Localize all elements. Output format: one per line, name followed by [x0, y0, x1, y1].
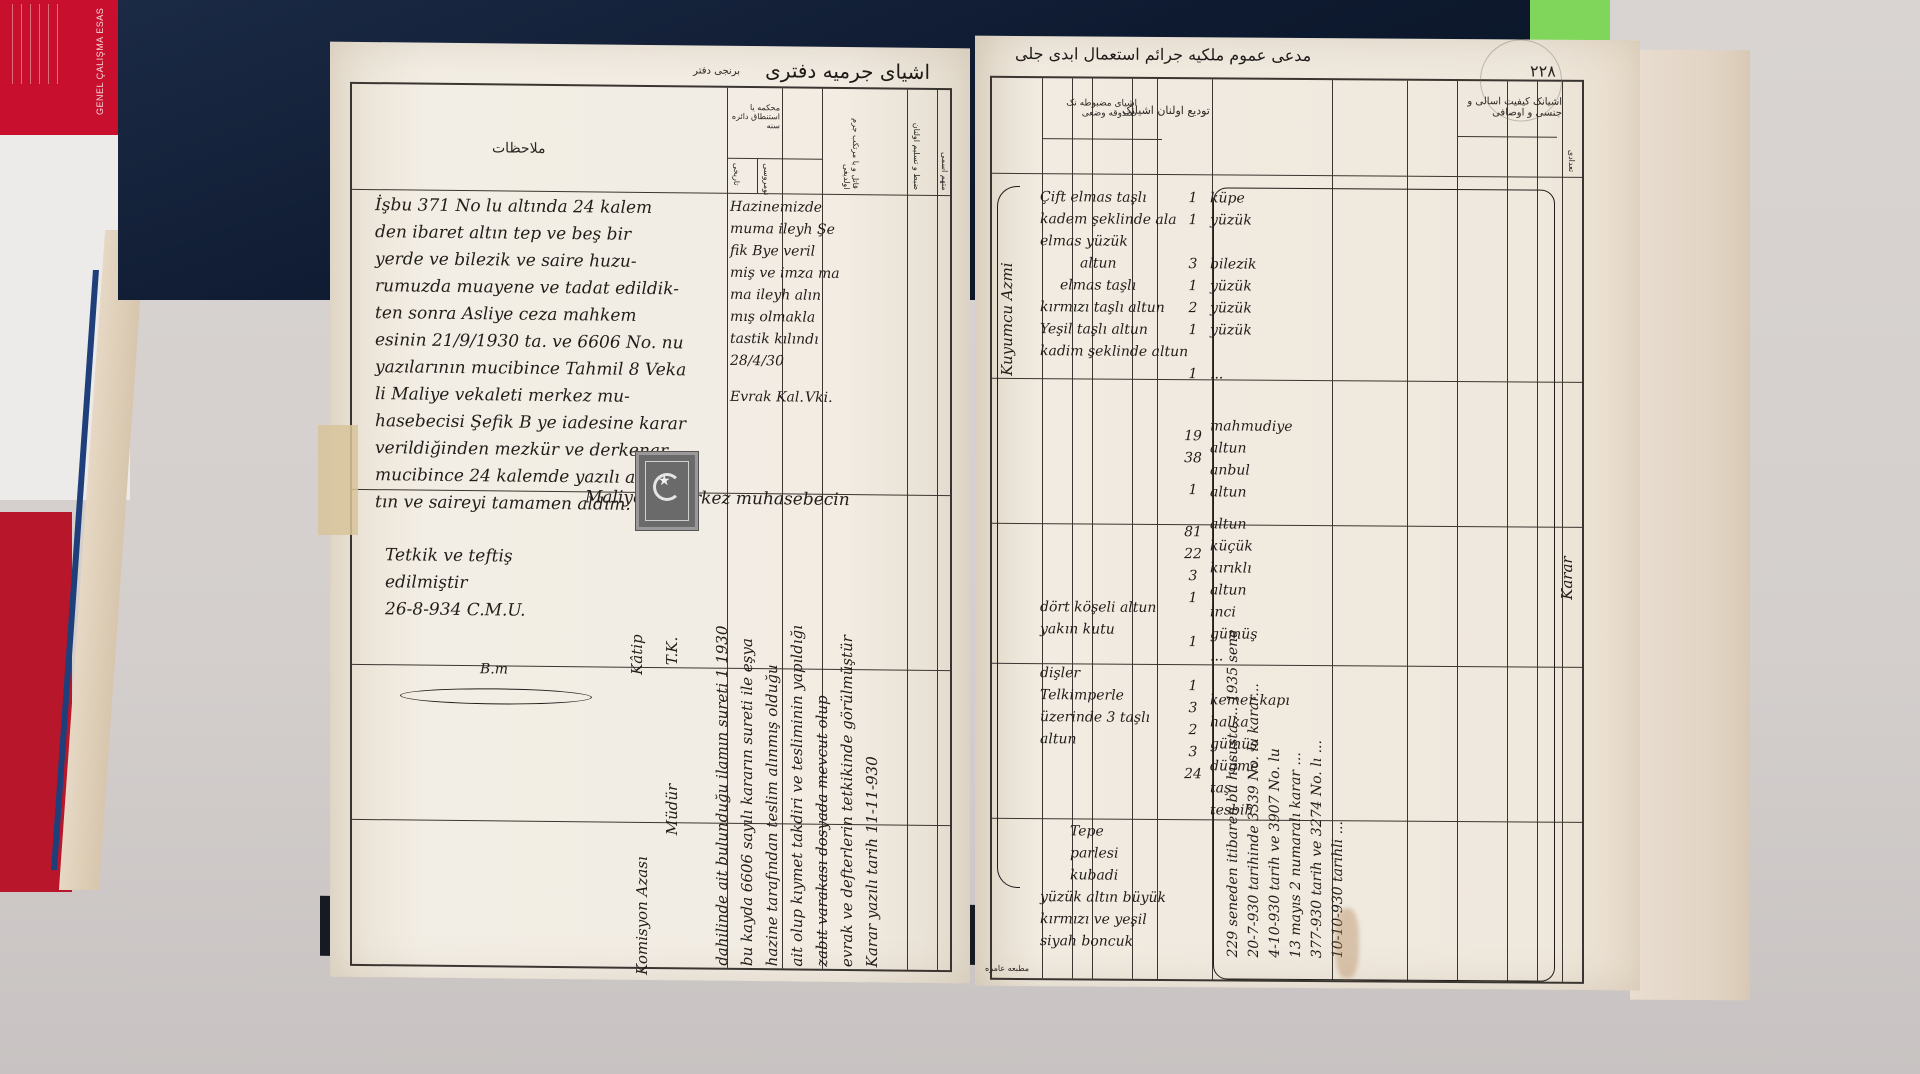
deposited-header: تودیع اولنان اشیانک — [1122, 104, 1210, 118]
item-qty: 3 — [1173, 565, 1213, 587]
long-decision-note: 229 seneden itibaren bu hususta ... 1935… — [1223, 197, 1543, 959]
item-qty: 2 — [1173, 719, 1213, 741]
red-book-spine-text: GENEL ÇALIŞMA ESAS — [95, 8, 105, 115]
item-desc: üzerinde 3 taşlı altun — [1040, 706, 1170, 751]
seized-header: ضبط و تسلیم اولنان — [912, 100, 921, 190]
repair-tape — [318, 425, 358, 535]
item-qty: 3 — [1173, 253, 1213, 275]
item-qty: 1 — [1173, 479, 1213, 501]
item-desc: parlesi — [1040, 842, 1170, 865]
item-desc: yüzük altın büyük — [1040, 886, 1170, 909]
right-header-title: مدعی عموم ملکیه جرائم استعمال ابدی جلی — [1015, 44, 1311, 65]
audit-initials: B.m — [480, 658, 508, 680]
items-list-lower: dört köşeli altun yakın kutu dişler Telk… — [1040, 596, 1170, 953]
remarks-entry-2: Hazinemizde muma ileyh Şe fik Bye veril … — [730, 196, 880, 374]
offender-header: قاتل و یا مرتکب جرم اولدیغی — [842, 99, 860, 189]
vertical-audit-note: dahilinde ait bulunduğu ilamın sureti 1 … — [710, 516, 940, 968]
green-tab — [1530, 0, 1610, 40]
item-qty: 1 — [1173, 363, 1213, 385]
item-qty: 22 — [1173, 543, 1213, 565]
item-qty: 1 — [1173, 587, 1213, 609]
item-qty: 1 — [1173, 675, 1213, 697]
signature-mudur: Müdür — [660, 745, 685, 835]
item-qty: 3 — [1173, 697, 1213, 719]
page-number: ٢٢٨ — [1530, 62, 1556, 81]
remarks-header: ملاحظات — [492, 140, 545, 157]
count-header: تعدادی — [1567, 92, 1576, 172]
item-desc: kubadi — [1040, 864, 1170, 887]
item-desc: dört köşeli altun yakın kutu — [1040, 596, 1170, 641]
right-page: مدعی عموم ملکیه جرائم استعمال ابدی جلی ا… — [975, 36, 1640, 991]
item-desc: dişler — [1040, 662, 1170, 685]
maliye-note: Maliye v. merkez muhasebecin — [585, 484, 850, 514]
item-qty: 1 — [1173, 209, 1213, 231]
revenue-stamp: ★ — [636, 452, 698, 530]
item-qty: 1 — [1173, 275, 1213, 297]
red-book-illustration — [4, 4, 64, 84]
ink-stain — [1335, 908, 1359, 978]
item-qty: 3 — [1173, 741, 1213, 763]
footer-print: مطبعه عامره — [985, 964, 1029, 973]
item-qty: 2 — [1173, 297, 1213, 319]
ledger-title: اشیای جرمیه دفتری — [765, 58, 930, 84]
star-icon: ★ — [658, 473, 671, 490]
item-qty: 1 — [1173, 631, 1213, 653]
item-qty: 19 — [1173, 425, 1213, 447]
item-qty: 38 — [1173, 447, 1213, 469]
signature-katip: Kâtip — [625, 565, 650, 675]
audit-note: Tetkik ve teftiş edilmiştir 26-8-934 C.M… — [385, 542, 645, 626]
bracket-note: Kuyumcu Azmi — [995, 226, 1020, 376]
page-stack — [1630, 50, 1750, 1001]
court-sub-number: نومروسی — [762, 163, 771, 195]
accused-header: متهم اسمی — [940, 100, 949, 190]
red-book-lower — [0, 512, 72, 892]
signature-tk: T.K. — [660, 605, 685, 665]
court-sub-date: تاریخی — [732, 163, 741, 186]
item-desc: Telkimperle — [1040, 684, 1170, 707]
item-qty: 24 — [1173, 763, 1213, 785]
item-qty: 1 — [1173, 187, 1213, 209]
item-qty: 1 — [1173, 319, 1213, 341]
court-header: محکمه یا استنطاق دائره سنه — [730, 103, 780, 131]
signoff-vki: Vki. — [805, 387, 833, 409]
qty-column: 1 1 3 1 2 1 1 19 38 1 81 22 3 1 1 1 3 2 … — [1173, 187, 1213, 785]
signoff-evrak: Evrak Kal. — [730, 386, 804, 409]
item-qty: 81 — [1173, 521, 1213, 543]
signature-komisyon: Komisyon Azası — [630, 845, 655, 975]
item-desc: Tepe — [1040, 820, 1170, 843]
karar-label: Karar — [1555, 540, 1580, 600]
ledger-subtitle: برنجی دفتر — [693, 65, 740, 76]
item-desc: kırmızı ve yeşil siyah boncuk — [1040, 908, 1170, 953]
